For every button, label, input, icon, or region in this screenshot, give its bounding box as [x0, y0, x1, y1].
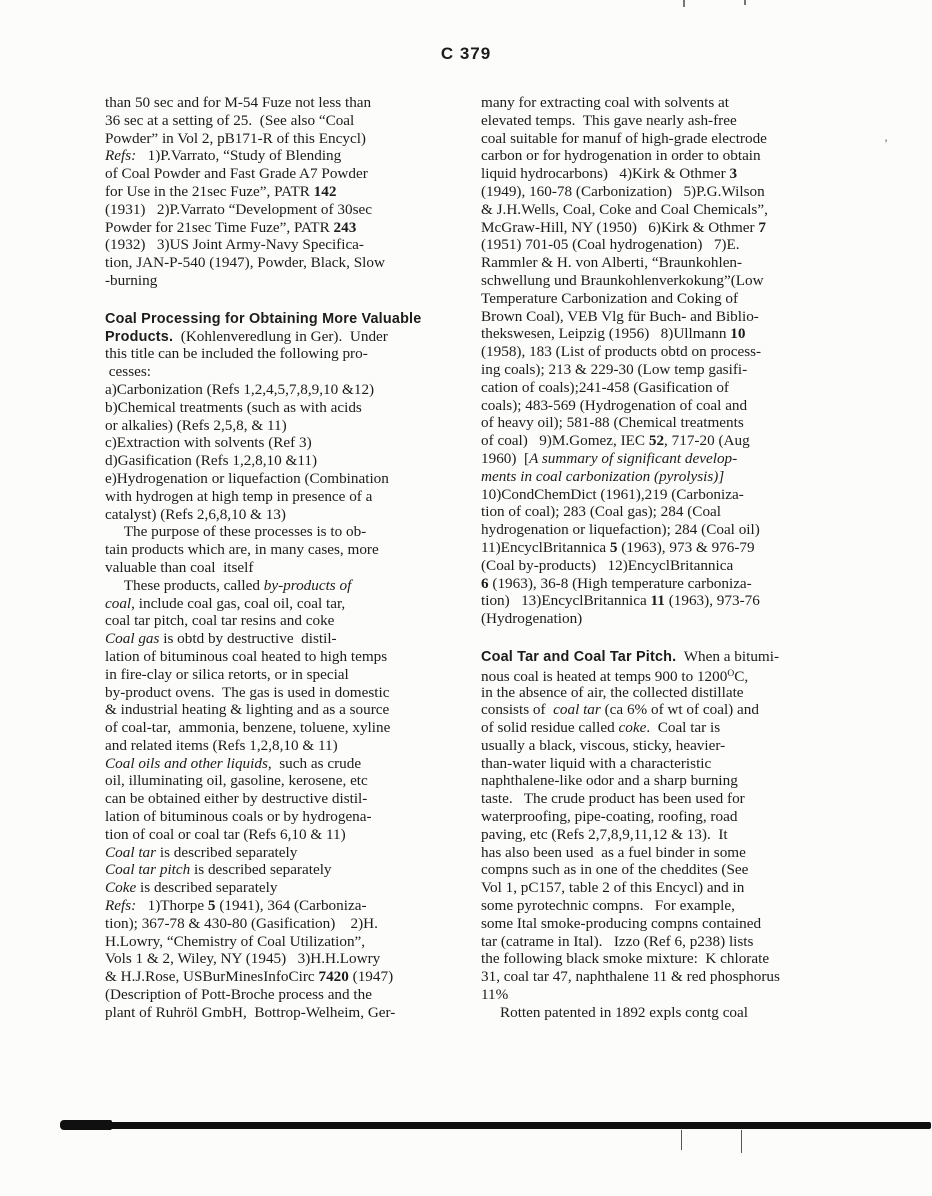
text-run: 6 [481, 575, 489, 592]
text-run: (1963), 973 & 976-79 [618, 539, 755, 556]
text-run: tain products which are, in many cases, … [105, 541, 379, 558]
text-run: Coal tar pitch [105, 861, 190, 878]
text-run: some pyrotechnic compns. For example, [481, 897, 735, 914]
text-line: taste. The crude product has been used f… [481, 790, 863, 808]
text-run: & industrial heating & lighting and as a… [105, 701, 389, 718]
text-run: of Coal Powder and Fast Grade A7 Powder [105, 165, 368, 182]
text-line: e)Hydrogenation or liquefaction (Combina… [105, 470, 475, 488]
text-line: of Coal Powder and Fast Grade A7 Powder [105, 165, 475, 183]
text-run: than-water liquid with a characteristic [481, 755, 711, 772]
text-line: and related items (Refs 1,2,8,10 & 11) [105, 737, 475, 755]
text-run: tion, JAN-P-540 (1947), Powder, Black, S… [105, 254, 385, 271]
text-line: H.Lowry, “Chemistry of Coal Utilization”… [105, 933, 475, 951]
text-run: 31, coal tar 47, naphthalene 11 & red ph… [481, 968, 780, 985]
text-run: & H.J.Rose, USBurMinesInfoCirc [105, 968, 318, 985]
text-line: with hydrogen at high temp in presence o… [105, 488, 475, 506]
text-run: Coal oils and other liquids [105, 755, 268, 772]
text-run: These products, called [105, 577, 264, 594]
text-run: liquid hydrocarbons) 4)Kirk & Othmer [481, 165, 729, 182]
text-run: When a bitumi- [676, 648, 779, 665]
text-run: (1949), 160-78 (Carbonization) 5)P.G.Wil… [481, 183, 765, 200]
text-run: (Hydrogenation) [481, 610, 582, 627]
text-line: carbon or for hydrogenation in order to … [481, 147, 863, 165]
text-run: in the absence of air, the collected dis… [481, 684, 744, 701]
described-separately-lines: Coal tar is described separatelyCoal tar… [105, 844, 475, 897]
text-run: cation of coals);241-458 (Gasification o… [481, 379, 729, 396]
text-line: plant of Ruhröl GmbH, Bottrop-Welheim, G… [105, 1004, 475, 1022]
text-run: Coal Tar and Coal Tar Pitch. [481, 649, 676, 665]
text-line: can be obtained either by destructive di… [105, 790, 475, 808]
text-run: (1941), 364 (Carboniza- [216, 897, 367, 914]
scan-artifact-mark: ’ [884, 136, 888, 151]
text-run: is described separately [136, 879, 277, 896]
text-run: Rotten patented in 1892 expls contg coal [481, 1004, 748, 1021]
text-line: consists of coal tar (ca 6% of wt of coa… [481, 701, 863, 719]
text-run: The purpose of these processes is to ob- [105, 523, 366, 540]
text-run: hydrogenation or liquefaction); 284 (Coa… [481, 521, 760, 538]
text-line: coal suitable for manuf of high-grade el… [481, 130, 863, 148]
text-line: Vol 1, pC157, table 2 of this Encycl) an… [481, 879, 863, 897]
text-line: paving, etc (Refs 2,7,8,9,11,12 & 13). I… [481, 826, 863, 844]
text-run: (Coal by-products) 12)EncyclBritannica [481, 557, 733, 574]
text-run: taste. The crude product has been used f… [481, 790, 745, 807]
text-run: Vol 1, pC157, table 2 of this Encycl) an… [481, 879, 744, 896]
text-run: of heavy oil); 581-88 (Chemical treatmen… [481, 414, 744, 431]
text-line: tar (catrame in Ital). Izzo (Ref 6, p238… [481, 933, 863, 951]
text-line: in fire-clay or silica retorts, or in sp… [105, 666, 475, 684]
text-run: usually a black, viscous, sticky, heavie… [481, 737, 725, 754]
text-line: & H.J.Rose, USBurMinesInfoCirc 7420 (194… [105, 968, 475, 986]
text-run: for Use in the 21sec Fuze”, PATR [105, 183, 314, 200]
text-line: Vols 1 & 2, Wiley, NY (1945) 3)H.H.Lowry [105, 950, 475, 968]
text-line: for Use in the 21sec Fuze”, PATR 142 [105, 183, 475, 201]
text-line: elevated temps. This gave nearly ash-fre… [481, 112, 863, 130]
text-run: Powder for 21sec Time Fuze”, PATR [105, 219, 334, 236]
text-line: has also been used as a fuel binder in s… [481, 844, 863, 862]
text-line: Rammler & H. von Alberti, “Braunkohlen- [481, 254, 863, 272]
registration-tick-bottom-left [681, 1130, 682, 1150]
text-line: McGraw-Hill, NY (1950) 6)Kirk & Othmer 7 [481, 219, 863, 237]
text-line: than 50 sec and for M-54 Fuze not less t… [105, 94, 475, 112]
text-run: compns such as in one of the cheddites (… [481, 861, 748, 878]
text-run: naphthalene-like odor and a sharp burnin… [481, 772, 738, 789]
text-run: waterproofing, pipe-coating, roofing, ro… [481, 808, 737, 825]
coal-processing-section: Coal Processing for Obtaining More Valua… [105, 310, 475, 524]
text-run: Products. [105, 329, 173, 345]
registration-tick-top-right [744, 0, 746, 5]
text-line: this title can be included the following… [105, 345, 475, 363]
text-run: Coal tar [105, 844, 156, 861]
text-run: this title can be included the following… [105, 345, 368, 362]
refs-continued-paragraph: many for extracting coal with solvents a… [481, 94, 863, 628]
text-line: schwellung und Braunkohlenverkokung”(Low [481, 272, 863, 290]
text-run: ing coals); 213 & 229-30 (Low temp gasif… [481, 361, 747, 378]
text-run: Coal gas [105, 630, 159, 647]
text-run: d)Gasification (Refs 1,2,8,10 &11) [105, 452, 317, 469]
text-run: plant of Ruhröl GmbH, Bottrop-Welheim, G… [105, 1004, 395, 1021]
text-run: 7 [758, 219, 766, 236]
text-run: catalyst) (Refs 2,6,8,10 & 13) [105, 506, 286, 523]
text-run: 10)CondChemDict (1961),219 (Carboniza- [481, 486, 744, 503]
text-run: Coke [105, 879, 136, 896]
text-run: can be obtained either by destructive di… [105, 790, 367, 807]
text-line: Products. (Kohlenveredlung in Ger). Unde… [105, 328, 475, 346]
text-run: -burning [105, 272, 157, 289]
text-line: Temperature Carbonization and Coking of [481, 290, 863, 308]
text-run: some Ital smoke-producing compns contain… [481, 915, 761, 932]
text-line: These products, called by-products of [105, 577, 475, 595]
text-line: The purpose of these processes is to ob- [105, 523, 475, 541]
text-line: catalyst) (Refs 2,6,8,10 & 13) [105, 506, 475, 524]
text-run: schwellung und Braunkohlenverkokung”(Low [481, 272, 764, 289]
text-line: -burning [105, 272, 475, 290]
text-run: 11)EncyclBritannica [481, 539, 610, 556]
text-run: Powder” in Vol 2, pB171-R of this Encycl… [105, 130, 366, 147]
text-line: oil, illuminating oil, gasoline, kerosen… [105, 772, 475, 790]
text-line: Powder” in Vol 2, pB171-R of this Encycl… [105, 130, 475, 148]
text-run: 5 [610, 539, 618, 556]
text-line: nous coal is heated at temps 900 to 1200… [481, 666, 863, 684]
paragraph-gap [481, 628, 863, 648]
text-line: tion of coal or coal tar (Refs 6,10 & 11… [105, 826, 475, 844]
text-line: hydrogenation or liquefaction); 284 (Coa… [481, 521, 863, 539]
coal-tar-section: Coal Tar and Coal Tar Pitch. When a bitu… [481, 648, 863, 1004]
text-run: elevated temps. This gave nearly ash-fre… [481, 112, 737, 129]
text-run: is obtd by destructive distil- [159, 630, 336, 647]
text-run: coal suitable for manuf of high-grade el… [481, 130, 767, 147]
text-line: & industrial heating & lighting and as a… [105, 701, 475, 719]
text-run: 1)P.Varrato, “Study of Blending [136, 147, 341, 164]
text-line: (Coal by-products) 12)EncyclBritannica [481, 557, 863, 575]
text-line: Coke is described separately [105, 879, 475, 897]
text-run: 7420 [318, 968, 348, 985]
text-run: (ca 6% of wt of coal) and [601, 701, 759, 718]
text-line: Refs: 1)Thorpe 5 (1941), 364 (Carboniza- [105, 897, 475, 915]
coal-oils-paragraph: Coal oils and other liquids, such as cru… [105, 755, 475, 844]
text-run: lation of bituminous coal heated to high… [105, 648, 387, 665]
text-line: coal, include coal gas, coal oil, coal t… [105, 595, 475, 613]
text-run: , such as crude [268, 755, 361, 772]
text-run: oil, illuminating oil, gasoline, kerosen… [105, 772, 368, 789]
text-line: Brown Coal), VEB Vlg für Buch- and Bibli… [481, 308, 863, 326]
text-run: cesses: [105, 363, 151, 380]
text-run: coal tar pitch, coal tar resins and coke [105, 612, 334, 629]
text-run: coal tar [553, 701, 601, 718]
text-run: coke [619, 719, 647, 736]
text-run: by-product ovens. The gas is used in dom… [105, 684, 389, 701]
text-line: tion) 13)EncyclBritannica 11 (1963), 973… [481, 592, 863, 610]
text-run: (1963), 973-76 [665, 592, 760, 609]
text-run: has also been used as a fuel binder in s… [481, 844, 746, 861]
rotten-paragraph: Rotten patented in 1892 expls contg coal [481, 1004, 863, 1022]
text-run: a)Carbonization (Refs 1,2,4,5,7,8,9,10 &… [105, 381, 374, 398]
text-run: tar (catrame in Ital). Izzo (Ref 6, p238… [481, 933, 753, 950]
text-run: tion); 367-78 & 430-80 (Gasification) 2)… [105, 915, 378, 932]
text-run: or alkalies) (Refs 2,5,8, & 11) [105, 417, 287, 434]
text-line: (1958), 183 (List of products obtd on pr… [481, 343, 863, 361]
text-line: the following black smoke mixture: K chl… [481, 950, 863, 968]
text-run: and related items (Refs 1,2,8,10 & 11) [105, 737, 338, 754]
coal-powder-fuze-paragraph: than 50 sec and for M-54 Fuze not less t… [105, 94, 475, 290]
text-run: tion) 13)EncyclBritannica [481, 592, 651, 609]
registration-tick-bottom-right [741, 1130, 742, 1153]
text-line: coal tar pitch, coal tar resins and coke [105, 612, 475, 630]
text-line: (Hydrogenation) [481, 610, 863, 628]
purpose-paragraph: The purpose of these processes is to ob-… [105, 523, 475, 576]
text-line: Coal gas is obtd by destructive distil- [105, 630, 475, 648]
text-run: 11% [481, 986, 508, 1003]
text-run: is described separately [190, 861, 331, 878]
text-run: (1963), 36-8 (High temperature carboniza… [489, 575, 752, 592]
text-line: or alkalies) (Refs 2,5,8, & 11) [105, 417, 475, 435]
text-line: lation of bituminous coals or by hydroge… [105, 808, 475, 826]
text-run: the following black smoke mixture: K chl… [481, 950, 769, 967]
text-run: McGraw-Hill, NY (1950) 6)Kirk & Othmer [481, 219, 758, 236]
text-run: 10 [730, 325, 745, 342]
text-line: (1932) 3)US Joint Army-Navy Specifica- [105, 236, 475, 254]
text-line: coals); 483-569 (Hydrogenation of coal a… [481, 397, 863, 415]
text-run: lation of bituminous coals or by hydroge… [105, 808, 372, 825]
text-line: tain products which are, in many cases, … [105, 541, 475, 559]
text-run: Refs: [105, 147, 136, 164]
text-run: paving, etc (Refs 2,7,8,9,11,12 & 13). I… [481, 826, 728, 843]
text-run: consists of [481, 701, 553, 718]
text-run: (1951) 701-05 (Coal hydrogenation) 7)E. [481, 236, 740, 253]
text-line: by-product ovens. The gas is used in dom… [105, 684, 475, 702]
text-run: tion of coal or coal tar (Refs 6,10 & 11… [105, 826, 346, 843]
text-run: coals); 483-569 (Hydrogenation of coal a… [481, 397, 747, 414]
coal-processing-refs: Refs: 1)Thorpe 5 (1941), 364 (Carboniza-… [105, 897, 475, 1022]
text-line: Powder for 21sec Time Fuze”, PATR 243 [105, 219, 475, 237]
by-products-paragraph: These products, called by-products ofcoa… [105, 577, 475, 630]
text-line: Coal oils and other liquids, such as cru… [105, 755, 475, 773]
text-run: 243 [334, 219, 357, 236]
text-run: b)Chemical treatments (such as with acid… [105, 399, 362, 416]
text-run: Temperature Carbonization and Coking of [481, 290, 738, 307]
text-line: ing coals); 213 & 229-30 (Low temp gasif… [481, 361, 863, 379]
text-run: 52 [649, 432, 664, 449]
text-run: coal [105, 595, 131, 612]
text-run: Brown Coal), VEB Vlg für Buch- and Bibli… [481, 308, 759, 325]
text-run: (1958), 183 (List of products obtd on pr… [481, 343, 761, 360]
text-run: by-products of [264, 577, 352, 594]
text-line: (Description of Pott-Broche process and … [105, 986, 475, 1004]
text-run: of solid residue called [481, 719, 619, 736]
text-line: & J.H.Wells, Coal, Coke and Coal Chemica… [481, 201, 863, 219]
text-line: naphthalene-like odor and a sharp burnin… [481, 772, 863, 790]
text-line: in the absence of air, the collected dis… [481, 684, 863, 702]
text-line: of heavy oil); 581-88 (Chemical treatmen… [481, 414, 863, 432]
text-line: c)Extraction with solvents (Ref 3) [105, 434, 475, 452]
scanned-document-page: C 379 than 50 sec and for M-54 Fuze not … [0, 0, 932, 1196]
text-line: cation of coals);241-458 (Gasification o… [481, 379, 863, 397]
text-line: Coal tar is described separately [105, 844, 475, 862]
text-run: carbon or for hydrogenation in order to … [481, 147, 761, 164]
text-line: usually a black, viscous, sticky, heavie… [481, 737, 863, 755]
text-line: (1949), 160-78 (Carbonization) 5)P.G.Wil… [481, 183, 863, 201]
text-run: c)Extraction with solvents (Ref 3) [105, 434, 312, 451]
text-line: of coal) 9)M.Gomez, IEC 52, 717-20 (Aug [481, 432, 863, 450]
text-line: valuable than coal itself [105, 559, 475, 577]
text-run: . Coal tar is [646, 719, 720, 736]
text-run: 3 [729, 165, 737, 182]
text-line: lation of bituminous coal heated to high… [105, 648, 475, 666]
text-run: nous coal is heated at temps 900 to 1200 [481, 668, 727, 685]
text-line: Coal Tar and Coal Tar Pitch. When a bitu… [481, 648, 863, 666]
text-run: than 50 sec and for M-54 Fuze not less t… [105, 94, 371, 111]
text-run: H.Lowry, “Chemistry of Coal Utilization”… [105, 933, 365, 950]
text-line: cesses: [105, 363, 475, 381]
text-line: (1931) 2)P.Varrato “Development of 30sec [105, 201, 475, 219]
text-line: 36 sec at a setting of 25. (See also “Co… [105, 112, 475, 130]
text-run: valuable than coal itself [105, 559, 253, 576]
text-run: Coal Processing for Obtaining More Valua… [105, 311, 421, 327]
text-run: 36 sec at a setting of 25. (See also “Co… [105, 112, 354, 129]
page-number: C 379 [0, 44, 932, 64]
text-line: of coal-tar, ammonia, benzene, toluene, … [105, 719, 475, 737]
text-run: (Kohlenveredlung in Ger). Under [173, 328, 388, 345]
column-left: than 50 sec and for M-54 Fuze not less t… [105, 94, 475, 1022]
bottom-rule [62, 1122, 931, 1129]
text-run: Vols 1 & 2, Wiley, NY (1945) 3)H.H.Lowry [105, 950, 380, 967]
text-line: d)Gasification (Refs 1,2,8,10 &11) [105, 452, 475, 470]
text-line: tion of coal); 283 (Coal gas); 284 (Coal [481, 503, 863, 521]
text-line: some Ital smoke-producing compns contain… [481, 915, 863, 933]
text-line: of solid residue called coke. Coal tar i… [481, 719, 863, 737]
text-run: of coal) 9)M.Gomez, IEC [481, 432, 649, 449]
text-line: b)Chemical treatments (such as with acid… [105, 399, 475, 417]
text-line: tion); 367-78 & 430-80 (Gasification) 2)… [105, 915, 475, 933]
text-line: some pyrotechnic compns. For example, [481, 897, 863, 915]
text-line: liquid hydrocarbons) 4)Kirk & Othmer 3 [481, 165, 863, 183]
text-line: Rotten patented in 1892 expls contg coal [481, 1004, 863, 1022]
text-run: , include coal gas, coal oil, coal tar, [131, 595, 345, 612]
text-line: 1960) [A summary of significant develop- [481, 450, 863, 468]
text-line: 10)CondChemDict (1961),219 (Carboniza- [481, 486, 863, 504]
text-run: (1947) [349, 968, 393, 985]
text-run: (1932) 3)US Joint Army-Navy Specifica- [105, 236, 364, 253]
text-run: is described separately [156, 844, 297, 861]
column-right: many for extracting coal with solvents a… [481, 94, 863, 1022]
text-run: C, [734, 668, 748, 685]
text-line: tion, JAN-P-540 (1947), Powder, Black, S… [105, 254, 475, 272]
text-run: 11 [651, 592, 665, 609]
text-line: than-water liquid with a characteristic [481, 755, 863, 773]
text-run: many for extracting coal with solvents a… [481, 94, 729, 111]
text-run: Rammler & H. von Alberti, “Braunkohlen- [481, 254, 742, 271]
text-run: tion of coal); 283 (Coal gas); 284 (Coal [481, 503, 721, 520]
text-line: 11)EncyclBritannica 5 (1963), 973 & 976-… [481, 539, 863, 557]
text-run: & J.H.Wells, Coal, Coke and Coal Chemica… [481, 201, 768, 218]
text-line: ments in coal carbonization (pyrolysis)] [481, 468, 863, 486]
text-run: 142 [314, 183, 337, 200]
text-line: compns such as in one of the cheddites (… [481, 861, 863, 879]
text-line: many for extracting coal with solvents a… [481, 94, 863, 112]
text-line: waterproofing, pipe-coating, roofing, ro… [481, 808, 863, 826]
text-run: A summary of significant develop- [529, 450, 737, 467]
text-run: of coal-tar, ammonia, benzene, toluene, … [105, 719, 390, 736]
text-run: with hydrogen at high temp in presence o… [105, 488, 372, 505]
registration-tick-top-left [683, 0, 685, 7]
text-run: ments in coal carbonization (pyrolysis)] [481, 468, 724, 485]
text-line: (1951) 701-05 (Coal hydrogenation) 7)E. [481, 236, 863, 254]
coal-gas-paragraph: Coal gas is obtd by destructive distil-l… [105, 630, 475, 755]
text-run: thekswesen, Leipzig (1956) 8)Ullmann [481, 325, 730, 342]
text-line: Refs: 1)P.Varrato, “Study of Blending [105, 147, 475, 165]
text-line: Coal tar pitch is described separately [105, 861, 475, 879]
text-run: 5 [208, 897, 216, 914]
text-line: thekswesen, Leipzig (1956) 8)Ullmann 10 [481, 325, 863, 343]
text-run: (1931) 2)P.Varrato “Development of 30sec [105, 201, 372, 218]
text-line: Coal Processing for Obtaining More Valua… [105, 310, 475, 328]
text-run: , 717-20 (Aug [664, 432, 750, 449]
text-run: in fire-clay or silica retorts, or in sp… [105, 666, 349, 683]
text-run: (Description of Pott-Broche process and … [105, 986, 372, 1003]
paragraph-gap [105, 290, 475, 310]
text-line: 6 (1963), 36-8 (High temperature carboni… [481, 575, 863, 593]
text-run: 1960) [ [481, 450, 529, 467]
text-run: e)Hydrogenation or liquefaction (Combina… [105, 470, 389, 487]
text-line: 31, coal tar 47, naphthalene 11 & red ph… [481, 968, 863, 986]
text-run: Refs: [105, 897, 136, 914]
text-line: 11% [481, 986, 863, 1004]
text-run: 1)Thorpe [136, 897, 208, 914]
text-line: a)Carbonization (Refs 1,2,4,5,7,8,9,10 &… [105, 381, 475, 399]
